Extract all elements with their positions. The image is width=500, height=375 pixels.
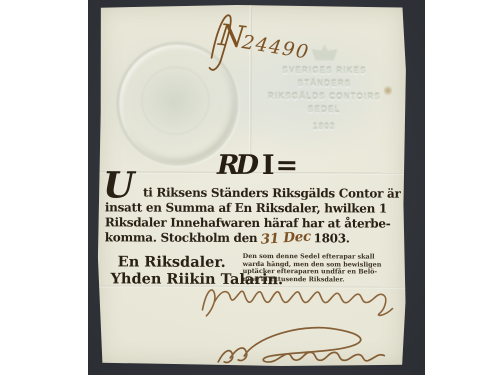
printed-body-text: U ti Riksens Ständers Riksgälds Contor ä… bbox=[105, 185, 367, 246]
body-line-3: Riksdaler Innehafwaren häraf har at åter… bbox=[105, 215, 367, 231]
dropcap-initial: U bbox=[103, 178, 134, 193]
ink-signature-upper bbox=[192, 278, 404, 323]
emboss-year: 1803 bbox=[263, 120, 385, 134]
banknote-paper: SVERIGES RIKES STÄNDERS RIKSGÄLDS CONTOI… bbox=[96, 3, 407, 367]
emboss-line: STÄNDERS bbox=[263, 77, 385, 91]
body-line-4-start: komma. Stockholm den bbox=[105, 230, 258, 245]
photo-dark-background: SVERIGES RIKES STÄNDERS RIKSGÄLDS CONTOI… bbox=[88, 0, 425, 375]
emboss-line: SEDEL bbox=[263, 103, 385, 117]
handwritten-date: 31 Dec bbox=[260, 230, 311, 248]
printed-year: 1803. bbox=[314, 231, 350, 245]
denomination-mark: RDI= bbox=[217, 150, 299, 181]
value-text-swedish: En Riksdaler. bbox=[118, 253, 226, 270]
riksdaler-monogram: RD bbox=[217, 150, 255, 181]
ink-signature-lower bbox=[210, 322, 398, 368]
denomination-figure: I= bbox=[262, 150, 299, 181]
emboss-line: RIKSGÄLDS CONTOIRS bbox=[263, 90, 385, 104]
body-line-2: insatt en Summa af En Riksdaler, hwilken… bbox=[105, 200, 367, 216]
serial-number: 24490 bbox=[240, 31, 312, 64]
body-line-1: ti Riksens Ständers Riksgälds Contor är bbox=[105, 185, 367, 201]
body-line-4: komma. Stockholm den31 Dec1803. bbox=[105, 230, 367, 246]
handwritten-serial-number: N 24490 bbox=[197, 4, 331, 75]
